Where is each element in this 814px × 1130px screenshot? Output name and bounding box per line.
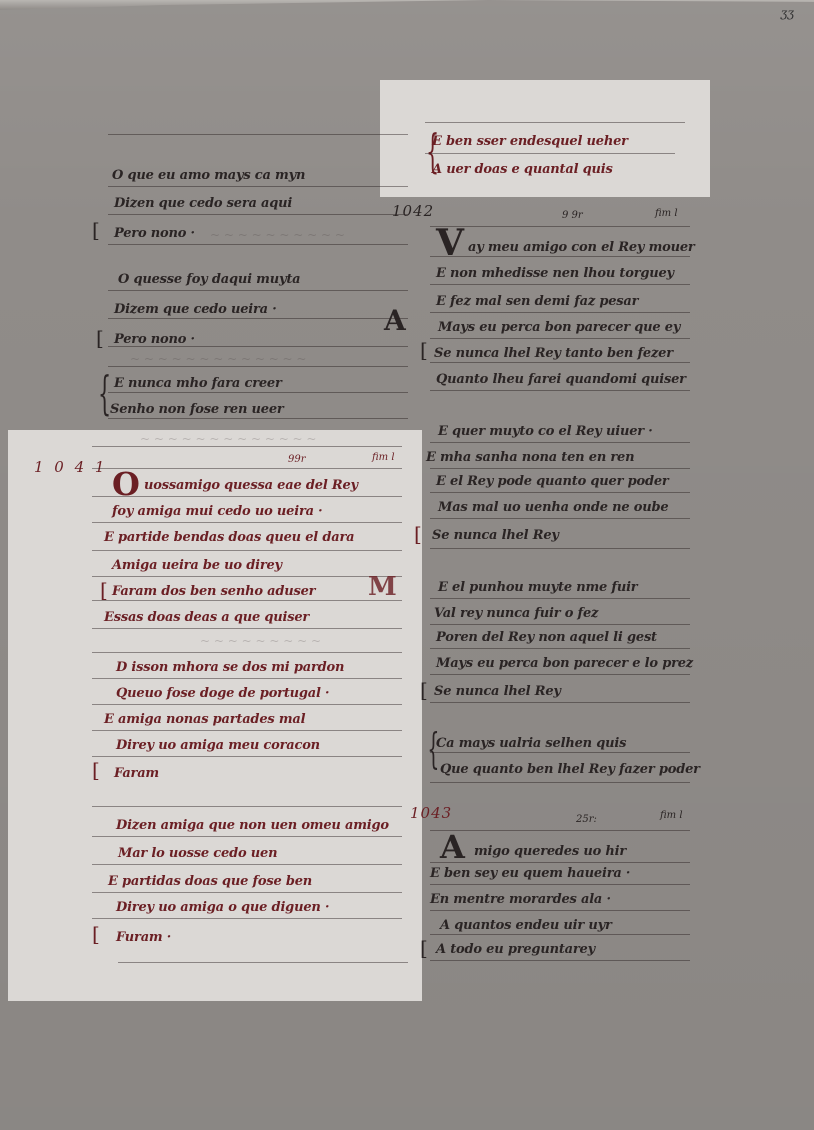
ruled-line (92, 576, 402, 577)
ruled-line (430, 548, 690, 549)
ruled-line (425, 122, 685, 123)
verse-line: A quantos endeu uir uyr (440, 918, 612, 933)
verse-line: Direy uo amiga o que diguen · (116, 900, 329, 915)
refrain-bracket: [ (96, 326, 104, 350)
ruled-line (430, 752, 690, 753)
verse-line: A todo eu preguntarey (436, 942, 595, 957)
verse-line: Furam · (116, 930, 171, 945)
verse-line: E ben sser endesquel ueher (432, 134, 628, 149)
verse-line: A uer doas e quantal quis (432, 162, 613, 177)
refrain-bracket: [ (92, 758, 100, 782)
page-top-edge (0, 0, 814, 10)
verse-line: migo queredes uo hir (474, 844, 626, 859)
verse-line: Mays eu perca bon parecer e lo prez (436, 656, 693, 671)
verse-line: Que quanto ben lhel Rey fazer poder (440, 762, 700, 777)
bleed-through-text: ~ ~ ~ ~ ~ ~ ~ ~ ~ ~ ~ ~ ~ (130, 352, 306, 366)
verse-line: E nunca mho fara creer (114, 376, 282, 391)
ruled-line (430, 884, 690, 885)
verse-line: ay meu amigo con el Rey mouer (468, 240, 695, 255)
ruled-line (425, 153, 675, 154)
verse-line: Mays eu perca bon parecer que ey (438, 320, 680, 335)
ruled-line (430, 468, 690, 469)
ruled-line (430, 702, 690, 703)
verse-line: E el punhou muyte nme fuir (438, 580, 637, 595)
verse-line: Val rey nunca fuir o fez (434, 606, 598, 621)
ruled-line (430, 624, 690, 625)
ruled-line (430, 830, 690, 831)
ruled-line (430, 256, 690, 257)
verse-line: Direy uo amiga meu coracon (116, 738, 320, 753)
ruled-line (108, 346, 408, 347)
manuscript-page: ʒʒ { E ben sser endesquel ueher A uer do… (0, 0, 814, 1130)
margin-letter: A (384, 304, 406, 337)
refrain-bracket: [ (420, 936, 428, 960)
ruled-line (108, 418, 408, 419)
poem-number: 1042 (392, 202, 434, 220)
ruled-line (92, 892, 402, 893)
verse-line: Ca mays ualria selhen quis (436, 736, 626, 751)
ruled-line (92, 864, 402, 865)
ruled-line (108, 134, 408, 135)
ruled-line (92, 600, 402, 601)
ruled-line (108, 318, 408, 319)
verse-line: Pero nono · (114, 332, 195, 347)
ruled-line (430, 674, 690, 675)
verse-line: foy amiga mui cedo uo ueira · (112, 504, 322, 519)
verse-line: E ben sey eu quem haueira · (430, 866, 630, 881)
attribution-note: 99r (288, 454, 306, 465)
ruled-line (430, 648, 690, 649)
verse-line: Se nunca lhel Rey (434, 684, 561, 699)
verse-line: E partidas doas que fose ben (108, 874, 312, 889)
verse-line: Amiga ueira be uo direy (112, 558, 282, 573)
refrain-bracket: [ (420, 678, 428, 702)
verse-line: O que eu amo mays ca myn (112, 168, 305, 183)
ruled-line (92, 756, 402, 757)
bleed-through-text: ~ ~ ~ ~ ~ ~ ~ ~ ~ ~ ~ ~ ~ (140, 432, 316, 446)
bleed-through-text: ~ ~ ~ ~ ~ ~ ~ ~ ~ ~ (210, 228, 345, 242)
attribution-note: 25r: (576, 814, 597, 825)
verse-line: Poren del Rey non aquel li gest (436, 630, 657, 645)
attribution-note: 9 9r (562, 210, 583, 221)
verse-line: E fez mal sen demi faz pesar (436, 294, 638, 309)
ruled-line (92, 704, 402, 705)
refrain-bracket: [ (414, 522, 422, 546)
ruled-line (108, 244, 408, 245)
ruled-line (430, 362, 690, 363)
verse-line: Dizem que cedo ueira · (114, 302, 277, 317)
ruled-line (430, 390, 690, 391)
ruled-line (92, 730, 402, 731)
ruled-line (92, 652, 402, 653)
verse-line: E non mhedisse nen lhou torguey (436, 266, 674, 281)
ruled-line (430, 226, 690, 227)
ruled-line (92, 446, 402, 447)
verse-line: Pero nono · (114, 226, 195, 241)
verse-line: D isson mhora se dos mi pardon (116, 660, 344, 675)
ruled-line (92, 806, 402, 807)
ruled-line (108, 366, 408, 367)
ruled-line (92, 496, 402, 497)
verse-line: uossamigo quessa eae del Rey (144, 478, 358, 493)
ruled-line (92, 918, 402, 919)
verse-line: Queuo fose doge de portugal · (116, 686, 329, 701)
verse-line: E quer muyto co el Rey uiuer · (438, 424, 653, 439)
ruled-line (430, 934, 690, 935)
refrain-bracket: [ (100, 578, 108, 602)
refrain-bracket: [ (420, 338, 428, 362)
verse-line: Mas mal uo uenha onde ne oube (438, 500, 668, 515)
poem-number: 1043 (410, 804, 452, 822)
ruled-line (108, 290, 408, 291)
ruled-line (108, 392, 408, 393)
verse-line: Quanto lheu farei quandomi quiser (436, 372, 686, 387)
attribution-note: fim l (660, 810, 683, 821)
ruled-line (92, 522, 402, 523)
ruled-line (108, 186, 408, 187)
verse-line: Se nunca lhel Rey (432, 528, 559, 543)
verse-line: Faram (114, 766, 159, 781)
verse-line: Faram dos ben senho aduser (112, 584, 315, 599)
margin-letter: M (368, 572, 397, 602)
ruled-line (92, 628, 402, 629)
ruled-line (430, 312, 690, 313)
ruled-line (118, 962, 408, 963)
verse-line: E mha sanha nona ten en ren (426, 450, 634, 465)
verse-line: Dizen que cedo sera aqui (114, 196, 292, 211)
verse-line: Se nunca lhel Rey tanto ben fezer (434, 346, 673, 361)
attribution-note: fim l (655, 208, 678, 219)
illuminated-initial: O (112, 465, 140, 503)
ruled-line (430, 518, 690, 519)
attribution-note: fim l (372, 452, 395, 463)
ruled-line (92, 550, 402, 551)
verse-line: Senho non fose ren ueer (110, 402, 284, 417)
ruled-line (430, 960, 690, 961)
verse-line: Mar lo uosse cedo uen (118, 846, 277, 861)
poem-number: 1 0 4 1 (34, 458, 107, 476)
illuminated-initial: A (440, 828, 465, 866)
verse-line: Dizen amiga que non uen omeu amigo (116, 818, 389, 833)
ruled-line (430, 862, 690, 863)
bleed-through-text: ~ ~ ~ ~ ~ ~ ~ ~ ~ (200, 634, 321, 648)
ruled-line (92, 678, 402, 679)
ruled-line (430, 782, 690, 783)
verse-line: E amiga nonas partades mal (104, 712, 305, 727)
refrain-bracket: [ (92, 218, 100, 242)
ruled-line (430, 442, 690, 443)
verse-line: En mentre morardes ala · (430, 892, 611, 907)
ruled-line (430, 598, 690, 599)
ruled-line (430, 284, 690, 285)
ruled-line (108, 214, 408, 215)
refrain-bracket: [ (92, 922, 100, 946)
ruled-line (430, 910, 690, 911)
illuminated-initial: V (436, 222, 464, 264)
ruled-line (430, 338, 690, 339)
ruled-line (92, 836, 402, 837)
verse-line: O quesse foy daqui muyta (118, 272, 300, 287)
verse-line: E partide bendas doas queu el dara (104, 530, 354, 545)
verse-line: E el Rey pode quanto quer poder (436, 474, 669, 489)
ruled-line (430, 492, 690, 493)
folio-number: ʒʒ (780, 6, 794, 20)
verse-line: Essas doas deas a que quiser (104, 610, 309, 625)
